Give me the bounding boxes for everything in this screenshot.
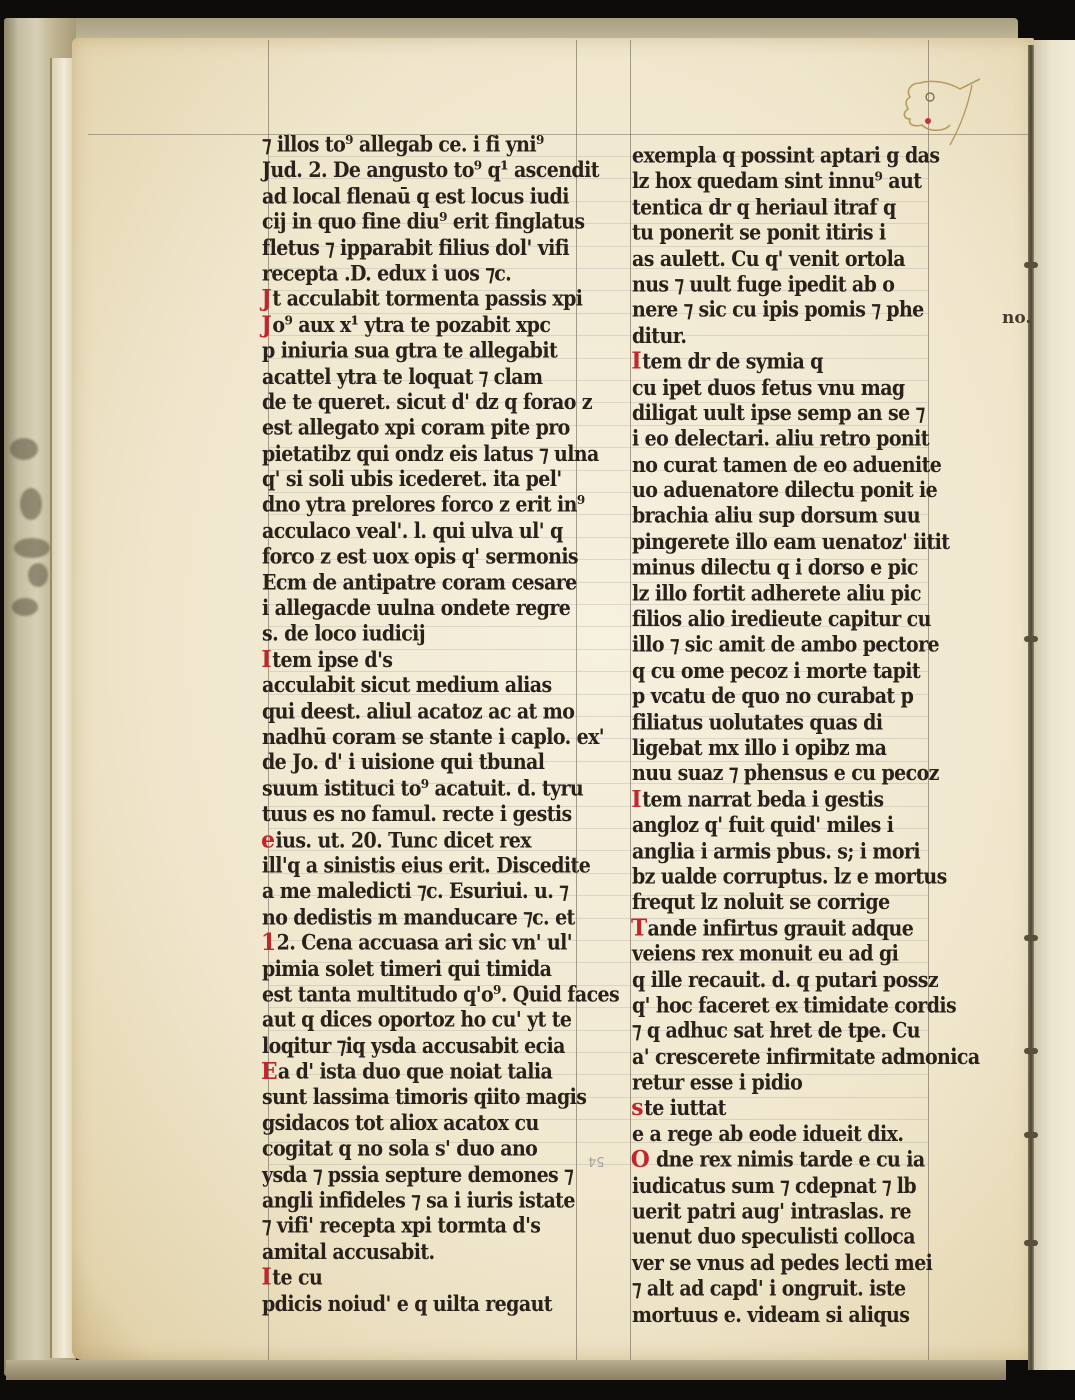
sewing-thread: [1024, 1240, 1038, 1246]
text-line: uerit patri aug' intraslas. re: [632, 1199, 962, 1225]
text-line: ver se vnus ad pedes lecti mei: [632, 1250, 962, 1276]
text-line: a me maledicti ⁊c. Esuriui. u. ⁊: [262, 879, 612, 905]
text-line: Tande infirtus grauit adque: [632, 915, 962, 941]
text-line: O dne rex nimis tarde e cu ia: [632, 1147, 962, 1173]
text-line: exempla q possint aptari g das: [632, 143, 962, 169]
text-line: mortuus e. videam si aliqus: [632, 1302, 962, 1328]
text-line-rest: o⁹ aux x¹ ytra te pozabit xpc: [272, 312, 550, 337]
text-line: acculaco veal'. l. qui ulva ul' q: [262, 518, 612, 544]
text-line: acculabit sicut medium alias: [262, 673, 612, 699]
text-line: veiens rex monuit eu ad gi: [632, 941, 962, 967]
text-line: acattel ytra te loquat ⁊ clam: [262, 364, 612, 390]
text-line: Item narrat beda i gestis: [632, 787, 962, 813]
rubricated-initial: T: [631, 915, 647, 942]
text-line: angloz q' fuit quid' miles i: [632, 812, 962, 838]
rubricated-initial: J: [261, 286, 271, 313]
text-line: pietatibz qui ondz eis latus ⁊ ulna: [262, 441, 612, 467]
text-line: q' hoc faceret ex timidate cordis: [632, 993, 962, 1019]
stain: [12, 598, 38, 616]
text-line: aut q dices oportoz ho cu' yt te: [262, 1007, 612, 1033]
rubricated-initial: e: [261, 827, 274, 854]
text-line-rest: ande infirtus grauit adque: [648, 915, 914, 940]
text-line: illo ⁊ sic amit de ambo pectore: [632, 632, 962, 658]
stain: [28, 563, 48, 587]
text-line: fletus ⁊ ipparabit filius dol' vifi: [262, 235, 612, 261]
text-line: q' si soli ubis icederet. ita pel': [262, 467, 612, 493]
rubricated-initial: I: [261, 1264, 271, 1291]
text-line: eius. ut. 20. Tunc dicet rex: [262, 827, 612, 853]
text-line: diligat uult ipse semp an se ⁊: [632, 400, 962, 426]
text-line: tuus es no famul. recte i gestis: [262, 801, 612, 827]
text-line: Item ipse d's: [262, 647, 612, 673]
text-line: pdicis noiud' e q uilta regaut: [262, 1291, 612, 1317]
text-line-rest: ius. ut. 20. Tunc dicet rex: [276, 827, 531, 852]
text-line-rest: tem dr de symia q: [642, 349, 823, 374]
text-line-rest: 2. Cena accuasa ari sic vn' ul': [277, 930, 572, 955]
text-line: 12. Cena accuasa ari sic vn' ul': [262, 930, 612, 956]
stain: [20, 488, 42, 520]
text-line: ill'q a sinistis eius erit. Discedite: [262, 853, 612, 879]
text-line: ⁊ illos to⁹ allegab ce. i fi yni⁹: [262, 132, 612, 158]
sewing-thread: [1024, 1132, 1038, 1138]
text-line: retur esse i pidio: [632, 1070, 962, 1096]
marginal-note: no.: [1002, 308, 1031, 328]
text-line: ditur.: [632, 323, 962, 349]
binding-bottom-edge: [6, 1360, 1006, 1380]
text-line: as aulett. Cu q' venit ortola: [632, 246, 962, 272]
marginal-face-doodle-icon: [890, 75, 1000, 150]
text-line: ligebat mx illo i opibz ma: [632, 735, 962, 761]
text-line: de te queret. sicut d' dz q forao z: [262, 389, 612, 415]
text-line: cij in quo fine diu⁹ erit finglatus: [262, 209, 612, 235]
text-line: minus dilectu q i dorso e pic: [632, 555, 962, 581]
text-line: dno ytra prelores forco z erit in⁹: [262, 492, 612, 518]
text-line: cogitat q no sola s' duo ano: [262, 1136, 612, 1162]
sewing-thread: [1024, 262, 1038, 268]
text-line: est allegato xpi coram pite pro: [262, 415, 612, 441]
text-line: nadhū coram se stante i caplo. ex': [262, 724, 612, 750]
text-line: bz ualde corruptus. lz e mortus: [632, 864, 962, 890]
text-line: amital accusabit.: [262, 1239, 612, 1265]
text-line: ⁊ q adhuc sat hret de tpe. Cu: [632, 1018, 962, 1044]
rubricated-initial: I: [261, 646, 271, 673]
rubricated-initial: E: [261, 1058, 277, 1085]
text-line: ysda ⁊ pssia septure demones ⁊: [262, 1162, 612, 1188]
rubricated-initial: O: [631, 1147, 649, 1174]
text-line-rest: tem narrat beda i gestis: [642, 787, 883, 812]
text-line: a' crescerete infirmitate admonica: [632, 1044, 962, 1070]
text-line-rest: te cu: [272, 1265, 322, 1290]
facing-leaf-edge: [1034, 40, 1075, 1370]
text-line: nere ⁊ sic cu ipis pomis ⁊ phe: [632, 297, 962, 323]
text-line: no curat tamen de eo aduenite: [632, 452, 962, 478]
text-line: q cu ome pecoz i morte tapit: [632, 658, 962, 684]
text-column-right: exempla q possint aptari g daslz hox que…: [632, 143, 962, 1327]
text-line: ste iuttat: [632, 1096, 962, 1122]
text-line-rest: t acculabit tormenta passis xpi: [272, 286, 582, 311]
text-line: ⁊ vifi' recepta xpi tormta d's: [262, 1213, 612, 1239]
text-line: pingerete illo eam uenatoz' iitit: [632, 529, 962, 555]
sewing-thread: [1024, 636, 1038, 642]
text-column-left: ⁊ illos to⁹ allegab ce. i fi yni⁹Jud. 2.…: [262, 132, 612, 1316]
manuscript-scan: no. ⁊ illos to⁹ allegab ce. i fi yni⁹Jud…: [0, 0, 1075, 1400]
text-line: uo aduenatore dilectu ponit ie: [632, 478, 962, 504]
text-line: nus ⁊ uult fuge ipedit ab o: [632, 272, 962, 298]
stain: [14, 538, 50, 558]
text-line: brachia aliu sup dorsum suu: [632, 503, 962, 529]
text-line: frequt lz noluit se corrige: [632, 890, 962, 916]
text-line: qui deest. aliul acatoz ac at mo: [262, 698, 612, 724]
sewing-thread: [1024, 1048, 1038, 1054]
text-line: de Jo. d' i uisione qui tbunal: [262, 750, 612, 776]
text-line-rest: te iuttat: [644, 1096, 726, 1121]
pencil-folio-number: 54: [588, 1153, 605, 1168]
text-line: Ite cu: [262, 1265, 612, 1291]
rubricated-initial: s: [631, 1095, 643, 1122]
text-line: Jud. 2. De angusto to⁹ q¹ ascendit: [262, 158, 612, 184]
text-line: gsidacos tot aliox acatox cu: [262, 1110, 612, 1136]
text-line: anglia i armis pbus. s; i mori: [632, 838, 962, 864]
text-line: ad local flenaū q est locus iudi: [262, 183, 612, 209]
text-line: cu ipet duos fetus vnu mag: [632, 375, 962, 401]
text-line: i eo delectari. aliu retro ponit: [632, 426, 962, 452]
text-line: recepta .D. edux i uos ⁊c.: [262, 261, 612, 287]
text-line: Jo⁹ aux x¹ ytra te pozabit xpc: [262, 312, 612, 338]
text-line: Ea d' ista duo que noiat talia: [262, 1059, 612, 1085]
text-line: p vcatu de quo no curabat p: [632, 684, 962, 710]
text-line-rest: tem ipse d's: [272, 647, 392, 672]
text-line: uenut duo speculisti colloca: [632, 1224, 962, 1250]
text-line: Item dr de symia q: [632, 349, 962, 375]
text-line: tentica dr q heriaul itraf q: [632, 194, 962, 220]
text-line: filiatus uolutates quas di: [632, 709, 962, 735]
text-line: sunt lassima timoris qiito magis: [262, 1085, 612, 1111]
rubricated-initial: J: [261, 312, 271, 339]
rubricated-initial: 1: [261, 930, 276, 957]
text-line: e a rege ab eode idueit dix.: [632, 1121, 962, 1147]
stain: [10, 438, 38, 460]
text-line: q ille recauit. d. q putari possz: [632, 967, 962, 993]
rubricated-initial: I: [631, 348, 641, 375]
text-line: i allegacde uulna ondete regre: [262, 595, 612, 621]
text-line: loqitur ⁊iq ysda accusabit ecia: [262, 1033, 612, 1059]
text-line: no dedistis m manducare ⁊c. et: [262, 904, 612, 930]
rubricated-initial: I: [631, 786, 641, 813]
text-line: suum istituci to⁹ acatuit. d. tyru: [262, 776, 612, 802]
text-line: s. de loco iudicij: [262, 621, 612, 647]
text-line: iudicatus sum ⁊ cdepnat ⁊ lb: [632, 1173, 962, 1199]
text-line: ⁊ alt ad capd' i ongruit. iste: [632, 1276, 962, 1302]
text-line: p iniuria sua gtra te allegabit: [262, 338, 612, 364]
text-line-rest: a d' ista duo que noiat talia: [278, 1059, 552, 1084]
text-line: nuu suaz ⁊ phensus e cu pecoz: [632, 761, 962, 787]
text-line: lz hox quedam sint innu⁹ aut: [632, 169, 962, 195]
text-line: lz illo fortit adherete aliu pic: [632, 581, 962, 607]
text-line: filios alio iredieute capitur cu: [632, 606, 962, 632]
text-line: Jt acculabit tormenta passis xpi: [262, 286, 612, 312]
text-line-rest: dne rex nimis tarde e cu ia: [650, 1147, 925, 1172]
text-line: est tanta multitudo q'o⁹. Quid faces: [262, 982, 612, 1008]
text-line: forco z est uox opis q' sermonis: [262, 544, 612, 570]
text-line: angli infideles ⁊ sa i iuris istate: [262, 1188, 612, 1214]
sewing-thread: [1024, 935, 1038, 941]
text-line: tu ponerit se ponit itiris i: [632, 220, 962, 246]
text-line: pimia solet timeri qui timida: [262, 956, 612, 982]
text-line: Ecm de antipatre coram cesare: [262, 570, 612, 596]
